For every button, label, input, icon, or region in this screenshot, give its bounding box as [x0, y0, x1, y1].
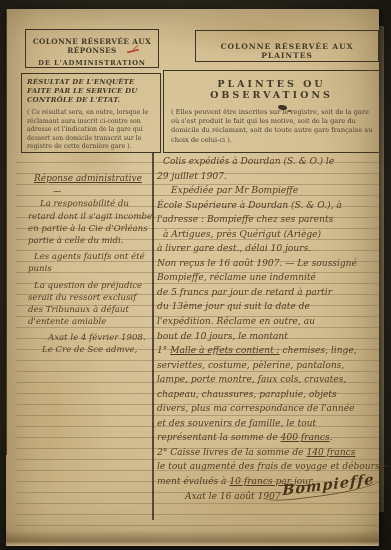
- handwritten-line: en partie à la Cie d'Orléans: [28, 223, 155, 235]
- admin-date-line: Axat le 4 février 1908.: [28, 332, 155, 344]
- line-part: .: [330, 433, 333, 443]
- handwritten-line: des Tribunaux à défaut: [28, 304, 155, 316]
- handwritten-line: partie à celle du midi.: [28, 235, 155, 247]
- handwritten-line: représentant la somme de 400 francs.: [157, 431, 381, 446]
- underlined-amount: 400 francs: [281, 433, 330, 443]
- admin-header-line2: DE L'ADMINISTRATION: [26, 59, 158, 67]
- page-bottom-curl: [6, 530, 379, 546]
- handwritten-line: La responsabilité du: [28, 198, 155, 210]
- line-part: chemises, linge,: [280, 346, 357, 356]
- handwritten-line: divers, plus ma correspondance de l'anné…: [157, 402, 381, 417]
- handwritten-line: et des souvenirs de famille, le tout: [157, 417, 381, 432]
- underlined-phrase: Malle à effets contient :: [170, 346, 279, 356]
- left-column-border: [6, 9, 7, 455]
- handwritten-line: lampe, porte montre, faux cols, cravates…: [157, 373, 381, 388]
- handwritten-line: Expédiée par Mr Bompieffe: [157, 184, 381, 199]
- handwritten-line: chapeau, chaussures, parapluie, objets: [157, 388, 381, 403]
- complaint-text: Colis expédiés à Dourdan (S. & O.) le 29…: [157, 155, 381, 504]
- enquete-result-title: RÉSULTAT DE L'ENQUÊTE FAITE PAR LE SERVI…: [22, 74, 160, 107]
- handwritten-line: le tout augmenté des frais de voyage et …: [157, 460, 381, 475]
- handwritten-line: du 13ème jour qui suit la date de: [157, 300, 381, 315]
- handwritten-line: 1° Malle à effets contient : chemises, l…: [157, 344, 381, 359]
- underlined-amount: 140 francs: [306, 448, 355, 458]
- handwritten-line: serait du ressort exclusif: [28, 292, 155, 304]
- enquete-result-note: ( Ce résultat sera, en outre, lorsque le…: [22, 107, 160, 152]
- plaintes-observations-title: PLAINTES OU OBSERVATIONS: [164, 71, 379, 101]
- register-page: COLONNE RÉSERVÉE AUX RÉPONSES DE L'ADMIN…: [6, 9, 379, 546]
- ink-blot-small: [288, 110, 291, 112]
- handwritten-line: École Supérieure à Dourdan (S. & O.), à: [157, 199, 381, 214]
- handwritten-divider: ⁓: [28, 186, 88, 198]
- handwritten-line: l'adresse : Bompieffe chez ses parents: [157, 213, 381, 228]
- admin-subheader-box: RÉSULTAT DE L'ENQUÊTE FAITE PAR LE SERVI…: [21, 73, 161, 153]
- handwritten-line: l'expédition. Réclame en outre, au: [157, 315, 381, 330]
- handwritten-line: serviettes, costume, pèlerine, pantalons…: [157, 359, 381, 374]
- line-part: représentant la somme de: [157, 433, 281, 443]
- handwritten-line: à Artigues, près Quérigut (Ariège): [157, 228, 381, 243]
- handwritten-line: de 5 francs par jour de retard à partir: [157, 286, 381, 301]
- handwritten-line: d'entente amiable: [28, 316, 155, 328]
- handwritten-line: La question de préjudice: [28, 280, 155, 292]
- handwritten-line: bout de 10 jours, le montant: [157, 330, 381, 345]
- handwritten-line: retard dont il s'agit incombe: [28, 211, 155, 223]
- photographed-register-page: { "colors": { "paper": "#d3be92", "backd…: [0, 0, 391, 550]
- red-pencil-mark: [127, 47, 140, 54]
- admin-signoff: Le Cre de Sce admve,: [28, 344, 155, 356]
- admin-response-title: Réponse administrative: [28, 173, 155, 185]
- plaintes-observations-note: ( Elles peuvent être inscrites sur le re…: [164, 101, 379, 145]
- handwritten-line: à livrer gare dest., délai 10 jours.: [157, 242, 381, 257]
- line-part: ment évalués à: [157, 477, 229, 487]
- handwritten-line: punis: [28, 263, 155, 275]
- handwritten-line: Colis expédiés à Dourdan (S. & O.) le: [157, 155, 381, 170]
- plaintes-header-title: COLONNE RÉSERVÉE AUX PLAINTES: [196, 31, 378, 60]
- line-part: 2° Caisse livres de la somme de: [157, 448, 306, 458]
- line-part: 1°: [157, 346, 170, 356]
- handwritten-line: Les agents fautifs ont été: [28, 251, 155, 263]
- handwritten-line: Bompieffe, réclame une indemnité: [157, 271, 381, 286]
- handwritten-line: Non reçus le 16 août 1907. — Le soussign…: [157, 257, 381, 272]
- admin-response-text: Réponse administrative ⁓ La responsabili…: [28, 173, 155, 357]
- handwritten-line: 29 juillet 1907.: [157, 170, 381, 185]
- handwritten-line: 2° Caisse livres de la somme de 140 fran…: [157, 446, 381, 461]
- plaintes-column-header-box: COLONNE RÉSERVÉE AUX PLAINTES: [195, 30, 379, 62]
- plaintes-subheader-box: PLAINTES OU OBSERVATIONS ( Elles peuvent…: [163, 70, 379, 153]
